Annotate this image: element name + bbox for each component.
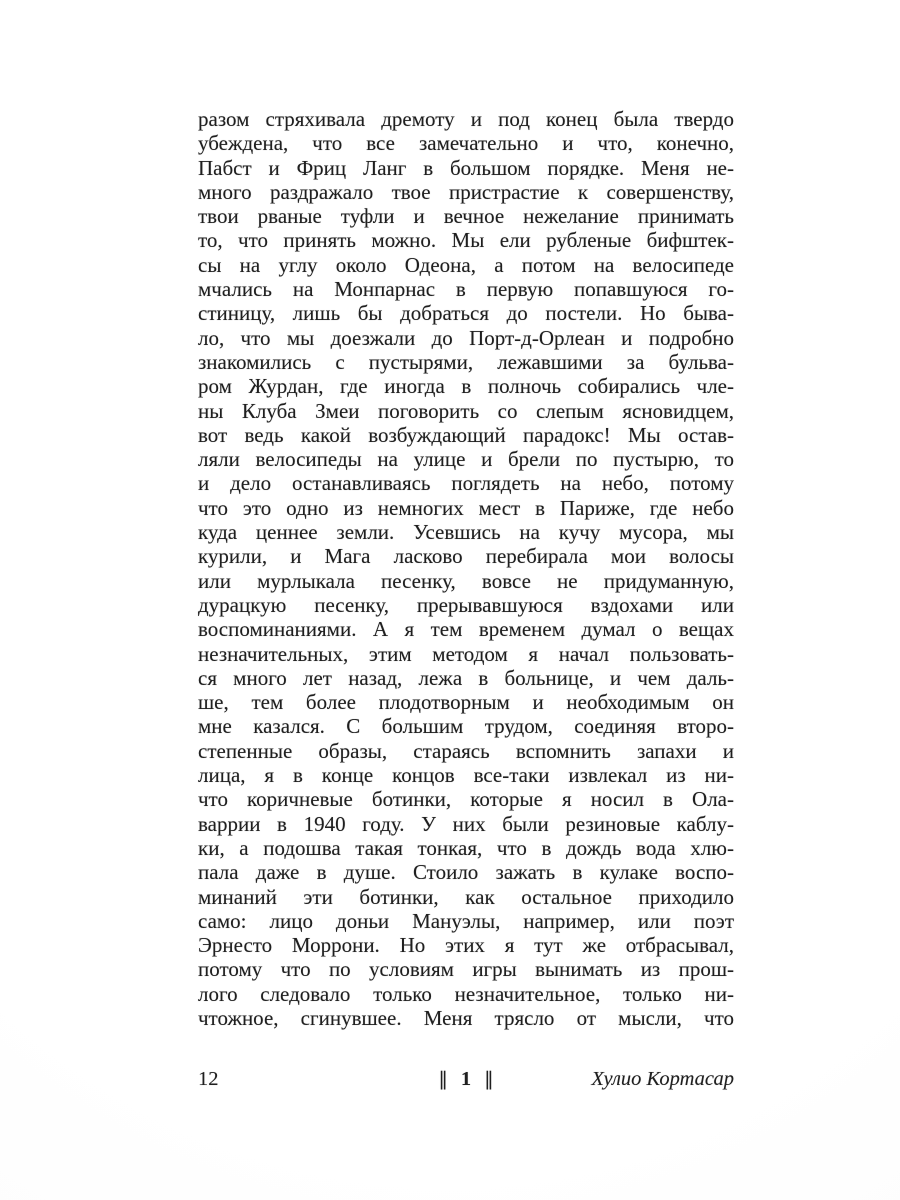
text-line: и дело останавливаясь поглядеть на небо,…	[198, 471, 734, 495]
text-line: убеждена, что все замечательно и что, ко…	[198, 131, 734, 155]
text-line: разом стряхивала дремоту и под конец был…	[198, 107, 734, 131]
text-line: знакомились с пустырями, лежавшими за бу…	[198, 350, 734, 374]
text-line: твои рваные туфли и вечное нежелание при…	[198, 204, 734, 228]
text-line: курили, и Мага ласково перебирала мои во…	[198, 544, 734, 568]
text-line: лица, я в конце концов все-таки извлекал…	[198, 763, 734, 787]
text-line: ки, а подошва такая тонкая, что в дождь …	[198, 836, 734, 860]
text-line: что коричневые ботинки, которые я носил …	[198, 787, 734, 811]
chapter-number: 1	[461, 1068, 471, 1091]
text-line: ляли велосипеды на улице и брели по пуст…	[198, 447, 734, 471]
text-line: само: лицо доньи Мануэлы, например, или …	[198, 909, 734, 933]
double-bar-left-icon: ‖	[438, 1068, 448, 1090]
book-page: разом стряхивала дремоту и под конец был…	[0, 0, 900, 1200]
text-line: то, что принять можно. Мы ели рубленые б…	[198, 228, 734, 252]
text-line: мне казался. С большим трудом, соединяя …	[198, 714, 734, 738]
text-line: Эрнесто Моррони. Но этих я тут же отбрас…	[198, 933, 734, 957]
text-line: потому что по условиям игры вынимать из …	[198, 957, 734, 981]
chapter-marker: ‖ 1 ‖	[438, 1068, 493, 1091]
text-line: сы на углу около Одеона, а потом на вело…	[198, 253, 734, 277]
text-line: Пабст и Фриц Ланг в большом порядке. Мен…	[198, 156, 734, 180]
text-line: степенные образы, стараясь вспомнить зап…	[198, 739, 734, 763]
text-line: ше, тем более плодотворным и необходимым…	[198, 690, 734, 714]
text-line: много раздражало твое пристрастие к сове…	[198, 180, 734, 204]
text-line: мчались на Монпарнас в первую попавшуюся…	[198, 277, 734, 301]
text-line: ны Клуба Змеи поговорить со слепым яснов…	[198, 399, 734, 423]
text-line: лого следовало только незначительное, то…	[198, 982, 734, 1006]
double-bar-right-icon: ‖	[484, 1068, 494, 1090]
body-text: разом стряхивала дремоту и под конец был…	[198, 107, 734, 1030]
text-line: стиницу, лишь бы добраться до постели. Н…	[198, 301, 734, 325]
text-line: дурацкую песенку, прерывавшуюся вздохами…	[198, 593, 734, 617]
text-line: минаний эти ботинки, как остальное прихо…	[198, 885, 734, 909]
text-line: куда ценнее земли. Усевшись на кучу мусо…	[198, 520, 734, 544]
text-line: ром Журдан, где иногда в полночь собирал…	[198, 374, 734, 398]
text-line: ся много лет назад, лежа в больнице, и ч…	[198, 666, 734, 690]
text-line: ло, что мы доезжали до Порт-д-Орлеан и п…	[198, 326, 734, 350]
author-name: Хулио Кортасар	[591, 1068, 734, 1091]
page-footer: 12 ‖ 1 ‖ Хулио Кортасар	[198, 1068, 734, 1091]
text-line: или мурлыкала песенку, вовсе не придуман…	[198, 569, 734, 593]
text-line: незначительных, этим методом я начал пол…	[198, 642, 734, 666]
text-line: воспоминаниями. А я тем временем думал о…	[198, 617, 734, 641]
text-line: вот ведь какой возбуждающий парадокс! Мы…	[198, 423, 734, 447]
text-line: варрии в 1940 году. У них были резиновые…	[198, 812, 734, 836]
text-line: что это одно из немногих мест в Париже, …	[198, 496, 734, 520]
text-line: пала даже в душе. Стоило зажать в кулаке…	[198, 860, 734, 884]
page-number: 12	[198, 1068, 219, 1091]
text-line: чтожное, сгинувшее. Меня трясло от мысли…	[198, 1006, 734, 1030]
